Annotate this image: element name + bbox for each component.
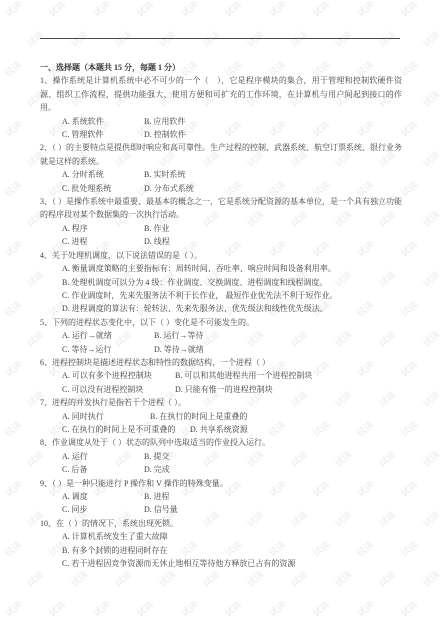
watermark: 试读 xyxy=(420,88,440,110)
option-B: B. 实时系统 xyxy=(144,168,185,181)
watermark: 试读 xyxy=(178,598,200,620)
option-D: D. 进程调度的算法有：轮转法、先来先服务法、优先级法和线性优先级法。 xyxy=(40,302,402,315)
option-row: C. 可以没有进程控制块D. 只能有惟一的进程控制块 xyxy=(40,383,402,396)
option-C: C. 在执行的时间上是不可重叠的 xyxy=(62,423,190,436)
question-text: 9、（ ）是一种只能进行 P 操作和 V 操作的特殊变量。 xyxy=(40,477,402,490)
watermark: 试读 xyxy=(420,568,440,590)
option-C: C. 同步 xyxy=(62,503,144,516)
watermark: 试读 xyxy=(354,0,376,19)
watermark: 试读 xyxy=(2,598,24,620)
option-row: C. 同步D. 信号量 xyxy=(40,503,402,516)
option-C: C. 批处理系统 xyxy=(62,182,144,195)
option-row: C. 进程D. 线程 xyxy=(40,235,402,248)
option-D: D. 完成 xyxy=(144,463,170,476)
option-B: B. 有多个封锁的进程同时存在 xyxy=(40,544,402,557)
option-B: B. 提交 xyxy=(144,450,169,463)
option-row: C. 后备D. 完成 xyxy=(40,463,402,476)
watermark: 试读 xyxy=(68,568,90,590)
watermark: 试读 xyxy=(420,388,440,410)
option-A: A. 可以有多个进程控制块 xyxy=(62,369,175,382)
option-B: B. 可以和其他进程共用一个进程控制块 xyxy=(175,369,312,382)
question: 3、（ ）是操作系统中最重要、最基本的概念之一，它是系统分配资源的基本单位，是一… xyxy=(40,195,402,249)
watermark: 试读 xyxy=(2,418,24,440)
option-B: B. 在执行的时间上是重叠的 xyxy=(150,410,247,423)
watermark: 试读 xyxy=(46,598,68,620)
option-row: C. 管理软件D. 控制软件 xyxy=(40,128,402,141)
watermark: 试读 xyxy=(420,448,440,470)
question: 1、操作系统是计算机系统中必不可少的一个（ ），它是程序模块的集合，用于管理和控… xyxy=(40,74,402,141)
watermark: 试读 xyxy=(112,568,134,590)
watermark: 试读 xyxy=(0,88,2,110)
watermark: 试读 xyxy=(222,0,244,19)
watermark: 试读 xyxy=(2,478,24,500)
option-row: A. 同时执行B. 在执行的时间上是重叠的 xyxy=(40,410,402,423)
option-D: D. 控制软件 xyxy=(144,128,186,141)
exam-content: 一、选择题（本题共 15 分，每题 1 分） 1、操作系统是计算机系统中必不可少… xyxy=(40,61,402,570)
question-text: 6、进程控制块是描述进程状态和特性的数据结构，一个进程（ ） xyxy=(40,356,402,369)
option-C: C. 若干进程因竞争资源而无休止地相互等待他方释放已占有的资源 xyxy=(40,557,402,570)
option-D: D. 等待→就绪 xyxy=(154,343,204,356)
option-D: D. 只能有惟一的进程控制块 xyxy=(175,383,273,396)
question: 4、关于处理机调度，以下说法错误的是（ ）。A. 衡量调度策略的主要指标有：周转… xyxy=(40,249,402,316)
watermark: 试读 xyxy=(0,268,2,290)
option-D: D. 信号量 xyxy=(144,503,178,516)
watermark: 试读 xyxy=(244,568,266,590)
watermark: 试读 xyxy=(0,388,2,410)
header-divider xyxy=(40,38,400,39)
section-title: 一、选择题（本题共 15 分，每题 1 分） xyxy=(40,61,402,74)
option-row: C. 在执行的时间上是不可重叠的D. 共享系统资源 xyxy=(40,423,402,436)
watermark: 试读 xyxy=(266,598,288,620)
option-row: A. 系统软件B. 应用软件 xyxy=(40,115,402,128)
question: 9、（ ）是一种只能进行 P 操作和 V 操作的特殊变量。A. 调度B. 进程C… xyxy=(40,477,402,517)
watermark: 试读 xyxy=(46,0,68,19)
question-text: 8、作业调度从处于（ ）状态的队列中选取适当的作业投入运行。 xyxy=(40,436,402,449)
watermark: 试读 xyxy=(24,568,46,590)
watermark: 试读 xyxy=(398,598,420,620)
option-row: A. 分时系统B. 实时系统 xyxy=(40,168,402,181)
option-C: C. 作业调度时，先来先服务法不利于长作业， 最短作业优先法不利于短作业。 xyxy=(40,289,402,302)
option-A: A. 运行 xyxy=(62,450,144,463)
watermark: 试读 xyxy=(90,0,112,19)
watermark: 试读 xyxy=(2,358,24,380)
option-A: A. 程序 xyxy=(62,222,144,235)
watermark: 试读 xyxy=(90,598,112,620)
option-B: B. 作业 xyxy=(144,222,169,235)
option-A: A. 分时系统 xyxy=(62,168,144,181)
question-text: 3、（ ）是操作系统中最重要、最基本的概念之一，它是系统分配资源的基本单位，是一… xyxy=(40,195,402,222)
option-A: A. 衡量调度策略的主要指标有：周转时间、吞吐率、响应时间和设备利用率。 xyxy=(40,262,402,275)
watermark: 试读 xyxy=(420,508,440,530)
watermark: 试读 xyxy=(0,328,2,350)
option-C: C. 进程 xyxy=(62,235,144,248)
option-D: D. 线程 xyxy=(144,235,170,248)
option-row: A. 运行B. 提交 xyxy=(40,450,402,463)
watermark: 试读 xyxy=(178,0,200,19)
question: 7、进程的并发执行是指若干个进程（ ）。A. 同时执行B. 在执行的时间上是重叠… xyxy=(40,396,402,436)
option-A: A. 系统软件 xyxy=(62,115,144,128)
watermark: 试读 xyxy=(420,328,440,350)
watermark: 试读 xyxy=(310,598,332,620)
watermark: 试读 xyxy=(420,148,440,170)
option-C: C. 等待→运行 xyxy=(62,343,154,356)
question: 2、（ ）的主要特点是提供即时响应和高可靠性。生产过程的控制、武器系统、航空订票… xyxy=(40,141,402,195)
question: 10、在（ ）的情况下，系统出现死锁。A. 计算机系统发生了重大故障B. 有多个… xyxy=(40,517,402,571)
watermark: 试读 xyxy=(420,28,440,50)
watermark: 试读 xyxy=(2,0,24,19)
watermark: 试读 xyxy=(332,568,354,590)
question: 8、作业调度从处于（ ）状态的队列中选取适当的作业投入运行。A. 运行B. 提交… xyxy=(40,436,402,476)
watermark: 试读 xyxy=(156,568,178,590)
option-A: A. 运行→就绪 xyxy=(62,329,154,342)
question-text: 4、关于处理机调度，以下说法错误的是（ ）。 xyxy=(40,249,402,262)
option-C: C. 管理软件 xyxy=(62,128,144,141)
option-B: B. 应用软件 xyxy=(144,115,185,128)
watermark: 试读 xyxy=(398,0,420,19)
option-C: C. 可以没有进程控制块 xyxy=(62,383,175,396)
option-D: D. 共享系统资源 xyxy=(190,423,248,436)
option-row: A. 运行→就绪B. 运行→等待 xyxy=(40,329,402,342)
watermark: 试读 xyxy=(310,0,332,19)
watermark: 试读 xyxy=(2,298,24,320)
watermark: 试读 xyxy=(376,568,398,590)
watermark: 试读 xyxy=(0,568,2,590)
option-A: A. 调度 xyxy=(62,490,144,503)
watermark: 试读 xyxy=(2,538,24,560)
watermark: 试读 xyxy=(0,28,2,50)
watermark: 试读 xyxy=(2,58,24,80)
watermark: 试读 xyxy=(420,208,440,230)
option-B: B. 运行→等待 xyxy=(154,329,203,342)
question: 6、进程控制块是描述进程状态和特性的数据结构，一个进程（ ）A. 可以有多个进程… xyxy=(40,356,402,396)
option-A: A. 计算机系统发生了重大故障 xyxy=(40,530,402,543)
watermark: 试读 xyxy=(420,268,440,290)
watermark: 试读 xyxy=(2,178,24,200)
option-row: A. 可以有多个进程控制块B. 可以和其他进程共用一个进程控制块 xyxy=(40,369,402,382)
option-B: B. 进程 xyxy=(144,490,169,503)
watermark: 试读 xyxy=(0,448,2,470)
watermark: 试读 xyxy=(200,568,222,590)
exam-page: 试读试读试读试读试读试读试读试读试读试读试读试读试读试读试读试读试读试读试读试读… xyxy=(0,0,440,620)
watermark: 试读 xyxy=(2,238,24,260)
watermark: 试读 xyxy=(266,0,288,19)
watermark: 试读 xyxy=(288,568,310,590)
question: 5、下列的进程状态变化中，以下（ ）变化是不可能发生的。A. 运行→就绪B. 运… xyxy=(40,316,402,356)
option-row: C. 批处理系统D. 分布式系统 xyxy=(40,182,402,195)
option-row: A. 调度B. 进程 xyxy=(40,490,402,503)
watermark: 试读 xyxy=(222,598,244,620)
watermark: 试读 xyxy=(134,0,156,19)
watermark: 试读 xyxy=(0,148,2,170)
option-A: A. 同时执行 xyxy=(62,410,150,423)
watermark: 试读 xyxy=(354,598,376,620)
option-row: A. 程序B. 作业 xyxy=(40,222,402,235)
question-text: 5、下列的进程状态变化中，以下（ ）变化是不可能发生的。 xyxy=(40,316,402,329)
question-text: 10、在（ ）的情况下，系统出现死锁。 xyxy=(40,517,402,530)
question-text: 1、操作系统是计算机系统中必不可少的一个（ ），它是程序模块的集合，用于管理和控… xyxy=(40,74,402,114)
watermark: 试读 xyxy=(2,118,24,140)
option-D: D. 分布式系统 xyxy=(144,182,194,195)
question-text: 7、进程的并发执行是指若干个进程（ ）。 xyxy=(40,396,402,409)
question-text: 2、（ ）的主要特点是提供即时响应和高可靠性。生产过程的控制、武器系统、航空订票… xyxy=(40,141,402,168)
watermark: 试读 xyxy=(0,208,2,230)
option-B: B. 处理机调度可以分为 4 级：作业调度、交换调度、进程调度和线程调度。 xyxy=(40,276,402,289)
question-list: 1、操作系统是计算机系统中必不可少的一个（ ），它是程序模块的集合，用于管理和控… xyxy=(40,74,402,570)
option-row: C. 等待→运行D. 等待→就绪 xyxy=(40,343,402,356)
watermark: 试读 xyxy=(0,508,2,530)
watermark: 试读 xyxy=(134,598,156,620)
option-C: C. 后备 xyxy=(62,463,144,476)
